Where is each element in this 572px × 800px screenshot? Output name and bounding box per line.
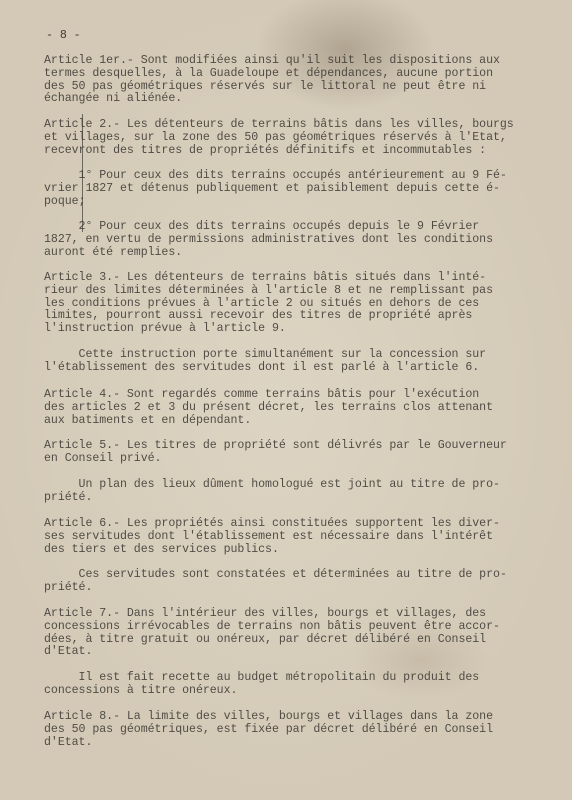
paragraph-article-5: Article 5.- Les titres de propriété sont… [44,440,507,466]
paragraph-article-2: Article 2.- Les détenteurs de terrains b… [44,119,514,157]
paragraph-article-2-item-2: 2° Pour ceux des dits terrains occupés d… [44,221,493,259]
paragraph-article-6: Article 6.- Les propriétés ainsi constit… [44,518,500,556]
paragraph-article-3: Article 3.- Les détenteurs de terrains b… [44,272,493,336]
paragraph-article-8: Article 8.- La limite des villes, bourgs… [44,711,493,749]
paragraph-article-3-continued: Cette instruction porte simultanément su… [44,349,486,375]
paragraph-article-1: Article 1er.- Sont modifiées ainsi qu'il… [44,55,500,106]
document-page: - 8 - Article 1er.- Sont modifiées ainsi… [0,0,572,800]
paragraph-article-7: Article 7.- Dans l'intérieur des villes,… [44,608,500,659]
paragraph-article-7-continued: Il est fait recette au budget métropolit… [44,672,479,698]
paragraph-article-2-item-1: 1° Pour ceux des dits terrains occupés a… [44,170,507,208]
page-number: - 8 - [46,30,81,43]
paragraph-article-4: Article 4.- Sont regardés comme terrains… [44,389,493,427]
paragraph-article-6-continued: Ces servitudes sont constatées et déterm… [44,569,507,595]
paragraph-article-5-continued: Un plan des lieux dûment homologué est j… [44,479,500,505]
